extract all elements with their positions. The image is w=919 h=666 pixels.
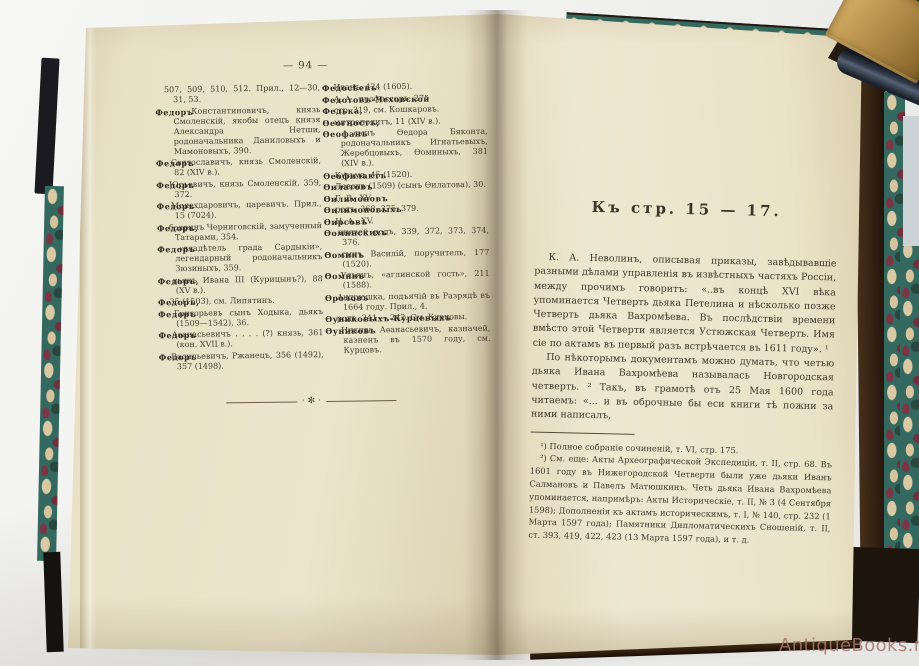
index-entry: Федоръ Мелехдаровичъ, царевичъ. Прил., 1… [166,199,322,221]
page-number: — 94 — [164,58,448,73]
index-page-content: — 94 — 507, 509, 510, 512. Прил., 12—30,… [164,58,493,408]
index-entry: Ѳроловъ Андрюшка, подъячій въ Разрядѣ въ… [334,290,490,312]
index-entry: Федоръ, дьякъ Ивана III (Курицынъ?), 88 … [167,274,323,296]
ornament-divider: · ✻ · [226,396,396,407]
footnote-rule [531,431,635,434]
index-entry: Ѳилимоновыхъ родъ, 368, 375, 379. [333,203,489,215]
index-entry: Федоръ Аѳанасьевичъ . . . . (?) князь, 3… [167,328,323,350]
bottom-board-corner [848,547,919,643]
index-column-1: 507, 509, 510, 512. Прил., 12—30, 31, 53… [164,83,324,373]
page-crease [80,26,96,650]
watermark: AntiqueBooks.ru [779,635,919,656]
index-entry: Федька, стр. 319, см. Кошкаровъ. [331,104,487,116]
body-paragraph: По нѣкоторымъ документамъ можно думать, … [531,351,835,429]
index-columns: 507, 509, 510, 512. Прил., 12—30, 31, 53… [164,81,492,373]
index-entry: Федоръ Юрьевичъ, князь Смоленскій, 359, … [165,178,321,200]
index-entry: Ѳилимоновъ Г. Д., XV. [332,191,488,203]
index-entry: Ѳирсовъ Н. А., XV. [333,214,489,226]
footnotes: ¹) Полное собраніе сочиненій, т. VI, стр… [528,439,832,548]
marbled-cover-left [37,186,64,561]
index-entry: Ѳеогностъ, митрополитъ, 11 (XIV в.). [331,115,487,127]
index-entry: Федоръ Васильевичъ, Ржанецъ, 356 (1492),… [168,350,324,372]
left-board-edge-top [34,58,59,195]
index-entry: Ѳеофилактъ Кузьма, 45 (1520). [332,168,488,180]
index-entry: Федоръ «владѣтель града Сардыкіи», леген… [166,242,322,274]
left-board-edge-bottom [43,552,63,653]
index-entry: Федотовъ-Чеховской А. А., профессоръ, 27… [331,92,487,104]
index-entry: Федосѣевъ Иванъ, 424 (1605). [331,81,487,93]
index-entry: Ѳоминъ сынъ Василій, поручитель, 177 (15… [333,247,489,269]
index-entry: Федоръ Святославичъ, князь Смоленскій, 8… [165,156,321,178]
photo-of-open-book: — 94 — 507, 509, 510, 512. Прил., 12—30,… [0,0,919,666]
book-right-page: Къ стр. 15 — 17. К. А. Неволинъ, описыва… [498,12,870,660]
marbled-cover-right-lower [900,240,919,570]
index-entry: 507, 509, 510, 512. Прил., 12—30, 31, 53… [164,83,320,105]
index-entry: Ѳуниковыхъ-Курцевыхъ родъ, 241 — 242. См… [334,312,490,324]
index-entry: Федоръ Константиновичъ, князь Смоленскій… [164,105,321,157]
flyleaf-edge [903,116,919,246]
index-entry: Федоръ, бояринъ Черниговскій, замученный… [166,221,322,243]
index-entry: Ѳоминскихъ князей родъ, 339, 372, 373, 3… [333,226,489,248]
footnote: ²) См. еще: Акты Археографической Экспед… [528,452,832,548]
ornament-glyph: · ✻ · [302,397,321,406]
index-entry: Ѳуниковъ Никита Аѳанасьевичъ, казначей, … [334,323,490,355]
body-paragraphs: К. А. Неволинъ, описывая приказы, завѣды… [531,251,837,429]
index-column-2: Федосѣевъ Иванъ, 424 (1605).Федотовъ-Чех… [331,81,491,371]
index-entry: Федоръ, 35 (1503), см. Липятинъ. [167,295,323,307]
index-entry: Ѳоминъ Ульянъ, «аглинской гость», 211 (1… [334,269,490,291]
index-entry: Ѳеофанъ сынъ Ѳедора Бяконта, родоначальн… [332,127,489,169]
section-heading: Къ стр. 15 — 17. [536,197,838,222]
book-left-page: — 94 — 507, 509, 510, 512. Прил., 12—30,… [60,12,500,662]
index-entry: Федоръ Григорьевъ сынъ Ходыка, дьякъ (15… [167,307,323,329]
body-paragraph: К. А. Неволинъ, описывая приказы, завѣды… [532,251,836,358]
text-page-content: Къ стр. 15 — 17. К. А. Неволинъ, описыва… [528,197,838,549]
index-entry: Ѳилатовъ Левонъ (1509) (сынъ Ѳилатова), … [332,180,488,192]
